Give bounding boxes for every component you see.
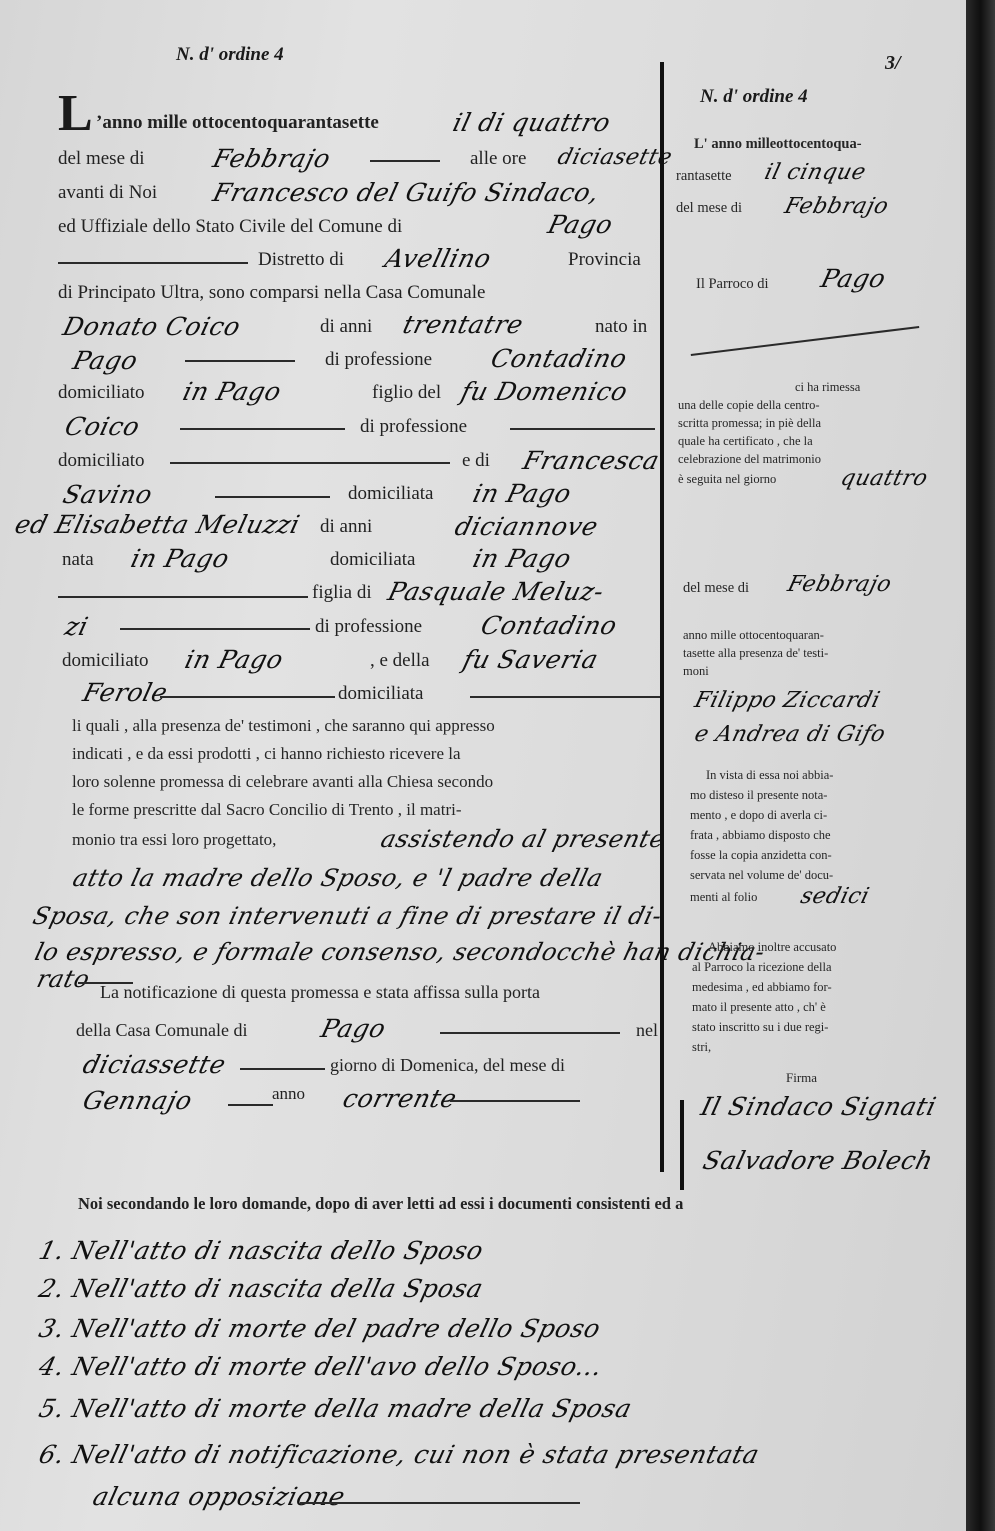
printed-line: menti al folio <box>690 890 757 905</box>
printed-line: indicati , e da essi prodotti , ci hanno… <box>72 744 461 764</box>
handwritten-text: Contadino <box>478 611 620 640</box>
document-page: N. d' ordine 4 L ’anno mille ottocentoqu… <box>0 0 968 1531</box>
handwritten-text: Pasquale Meluz- <box>385 577 607 606</box>
printed-text: domiciliato <box>62 650 149 672</box>
handwritten-text: in Pago <box>182 645 286 674</box>
printed-line: al Parroco la ricezione della <box>692 960 832 975</box>
handwritten-text: zi <box>62 612 91 641</box>
handwritten-text: diciannove <box>452 512 601 541</box>
printed-text: della Casa Comunale di <box>76 1020 247 1041</box>
document-item: 6. Nell'atto di notificazione, cui non è… <box>36 1440 762 1469</box>
fill-line <box>160 696 335 698</box>
printed-text: avanti di Noi <box>58 182 157 204</box>
left-order-number: N. d' ordine 4 <box>176 44 284 66</box>
printed-line: moni <box>683 664 709 679</box>
fill-line <box>180 428 345 430</box>
printed-line: loro solenne promessa di celebrare avant… <box>72 772 493 792</box>
document-item-continuation: alcuna opposizione <box>90 1482 348 1511</box>
printed-text: del mese di <box>58 148 145 170</box>
printed-text: del mese di <box>676 200 742 217</box>
handwritten-text: Ferole <box>80 678 171 707</box>
handwritten-text: Francesco del Guifo Sindaco, <box>210 178 602 207</box>
printed-text: rantasette <box>676 168 732 185</box>
printed-line: scritta promessa; in piè della <box>678 416 821 431</box>
fill-line <box>300 1502 580 1504</box>
handwritten-text: Pago <box>318 1014 389 1043</box>
printed-text: giorno di Domenica, del mese di <box>330 1055 565 1076</box>
printed-text: domiciliato <box>58 382 145 404</box>
fill-line <box>510 428 655 430</box>
printed-line: quale ha certificato , che la <box>678 434 813 449</box>
printed-line: servata nel volume de' docu- <box>690 868 833 883</box>
printed-line: mo disteso il presente nota- <box>690 788 827 803</box>
column-divider-lower <box>680 1100 684 1190</box>
handwritten-text: diciassette <box>80 1050 229 1079</box>
handwritten-line: lo espresso, e formale consenso, secondo… <box>32 938 768 966</box>
handwritten-line: rato <box>34 965 93 993</box>
printed-text: domiciliata <box>338 683 423 705</box>
handwritten-text: trentatre <box>400 310 526 339</box>
fill-line <box>440 1032 620 1034</box>
fill-line <box>58 596 308 598</box>
page-edge-shadow <box>966 0 995 1531</box>
fill-line <box>215 496 330 498</box>
documents-intro: Noi secondando le loro domande, dopo di … <box>78 1194 683 1214</box>
handwritten-text: in Pago <box>128 544 232 573</box>
handwritten-text: corrente <box>340 1084 460 1113</box>
handwritten-text: Coico <box>62 412 143 441</box>
handwritten-line: Sposa, che son intervenuti a fine di pre… <box>30 902 665 930</box>
sindaco-signature: Il Sindaco Signati <box>698 1092 939 1121</box>
handwritten-text: in Pago <box>470 544 574 573</box>
document-item: 3. Nell'atto di morte del padre dello Sp… <box>36 1314 604 1343</box>
fill-line <box>170 462 450 464</box>
printed-text: La notificazione di questa promessa e st… <box>100 982 540 1003</box>
fill-line <box>450 1100 580 1102</box>
witness-signature: e Andrea di Gifo <box>692 722 888 747</box>
handwritten-text: in Pago <box>470 479 574 508</box>
document-item: 5. Nell'atto di morte della madre della … <box>36 1394 635 1423</box>
fill-line <box>470 696 660 698</box>
handwritten-text: fu Saveria <box>460 645 601 674</box>
handwritten-text: quattro <box>838 466 931 491</box>
printed-line: celebrazione del matrimonio <box>678 452 821 467</box>
printed-text: Provincia <box>568 249 641 271</box>
printed-line: Abbiamo inoltre accusato <box>708 940 836 955</box>
printed-text: di anni <box>320 516 372 538</box>
fill-line <box>240 1068 325 1070</box>
printed-line: monio tra essi loro progettato, <box>72 830 276 850</box>
handwritten-text: Febbrajo <box>210 144 334 173</box>
fill-line <box>228 1104 273 1106</box>
printed-line: li quali , alla presenza de' testimoni ,… <box>72 716 495 736</box>
handwritten-text: Avellino <box>382 244 494 273</box>
groom-name: Donato Coico <box>60 312 244 341</box>
drop-cap: L <box>58 88 93 140</box>
page-number: 3/ <box>885 52 901 75</box>
document-item: 4. Nell'atto di morte dell'avo dello Spo… <box>36 1352 605 1381</box>
printed-text: di anni <box>320 316 372 338</box>
handwritten-text: Pago <box>818 264 889 293</box>
handwritten-text: fu Domenico <box>458 377 631 406</box>
handwritten-text: Pago <box>545 210 616 239</box>
printed-text: Il Parroco di <box>696 276 768 293</box>
printed-line: medesima , ed abbiamo for- <box>692 980 832 995</box>
printed-text: domiciliata <box>330 549 415 571</box>
printed-text: ed Uffiziale dello Stato Civile del Comu… <box>58 216 402 238</box>
printed-line: tasette alla presenza de' testi- <box>683 646 828 661</box>
fill-line <box>185 360 295 362</box>
handwritten-text: il di quattro <box>450 108 614 137</box>
printed-text: domiciliato <box>58 450 145 472</box>
printed-text: alle ore <box>470 148 526 170</box>
handwritten-text: in Pago <box>180 377 284 406</box>
handwritten-text: Savino <box>60 480 156 509</box>
fill-line <box>120 628 310 630</box>
printed-text: nel <box>636 1020 658 1041</box>
printed-line: fosse la copia anzidetta con- <box>690 848 832 863</box>
column-divider <box>660 62 664 1172</box>
right-order-number: N. d' ordine 4 <box>700 86 808 108</box>
handwritten-text: Contadino <box>488 344 630 373</box>
fill-line <box>691 326 920 356</box>
handwritten-text: Febbrajo <box>785 572 894 597</box>
printed-text: figlia di <box>312 582 372 604</box>
handwritten-text: Francesca <box>520 446 663 475</box>
printed-line: una delle copie della centro- <box>678 398 820 413</box>
printed-line: stri, <box>692 1040 711 1055</box>
printed-line: è seguita nel giorno <box>678 472 776 487</box>
handwritten-text: il cinque <box>762 160 869 185</box>
printed-text: nato in <box>595 316 647 338</box>
handwritten-text: sedici <box>798 884 872 909</box>
printed-text: ’anno mille ottocentoquarantasette <box>96 112 379 134</box>
printed-text: Distretto di <box>258 249 344 271</box>
printed-text: , e della <box>370 650 430 672</box>
printed-line: anno mille ottocentoquaran- <box>683 628 824 643</box>
handwritten-text: diciasette <box>555 145 675 170</box>
fill-line <box>370 160 440 162</box>
printed-text: di professione <box>325 349 432 371</box>
printed-line: mato il presente atto , ch' è <box>692 1000 826 1015</box>
printed-line: mento , e dopo di averla ci- <box>690 808 827 823</box>
handwritten-line: assistendo al presente <box>378 825 668 853</box>
printed-line: In vista di essa noi abbia- <box>706 768 833 783</box>
printed-text: anno <box>272 1084 305 1104</box>
printed-text: di professione <box>360 416 467 438</box>
document-item: 1. Nell'atto di nascita dello Sposo <box>36 1236 487 1265</box>
printed-line: le forme prescritte dal Sacro Concilio d… <box>72 800 462 820</box>
witness-signature: Filippo Ziccardi <box>692 688 883 713</box>
printed-text: di professione <box>315 616 422 638</box>
printed-text: domiciliata <box>348 483 433 505</box>
handwritten-text: Pago <box>70 346 141 375</box>
printed-text: e di <box>462 450 490 472</box>
printed-text: L' anno milleottocentoqua- <box>694 136 862 153</box>
handwritten-text: Gennajo <box>80 1086 195 1115</box>
bride-name: ed Elisabetta Meluzzi <box>12 510 303 539</box>
printed-line: frata , abbiamo disposto che <box>690 828 831 843</box>
fill-line <box>58 262 248 264</box>
handwritten-line: atto la madre dello Sposo, e 'l padre de… <box>70 864 606 892</box>
printed-text: figlio del <box>372 382 441 404</box>
secretary-signature: Salvadore Bolech <box>700 1146 936 1175</box>
printed-text: di Principato Ultra, sono comparsi nella… <box>58 282 485 304</box>
printed-line: stato inscritto su i due regi- <box>692 1020 828 1035</box>
printed-text: del mese di <box>683 580 749 597</box>
handwritten-text: Febbrajo <box>782 194 891 219</box>
printed-text: nata <box>62 549 94 571</box>
printed-line: ci ha rimessa <box>795 380 860 395</box>
document-item: 2. Nell'atto di nascita della Sposa <box>36 1274 486 1303</box>
firma-label: Firma <box>786 1070 817 1086</box>
